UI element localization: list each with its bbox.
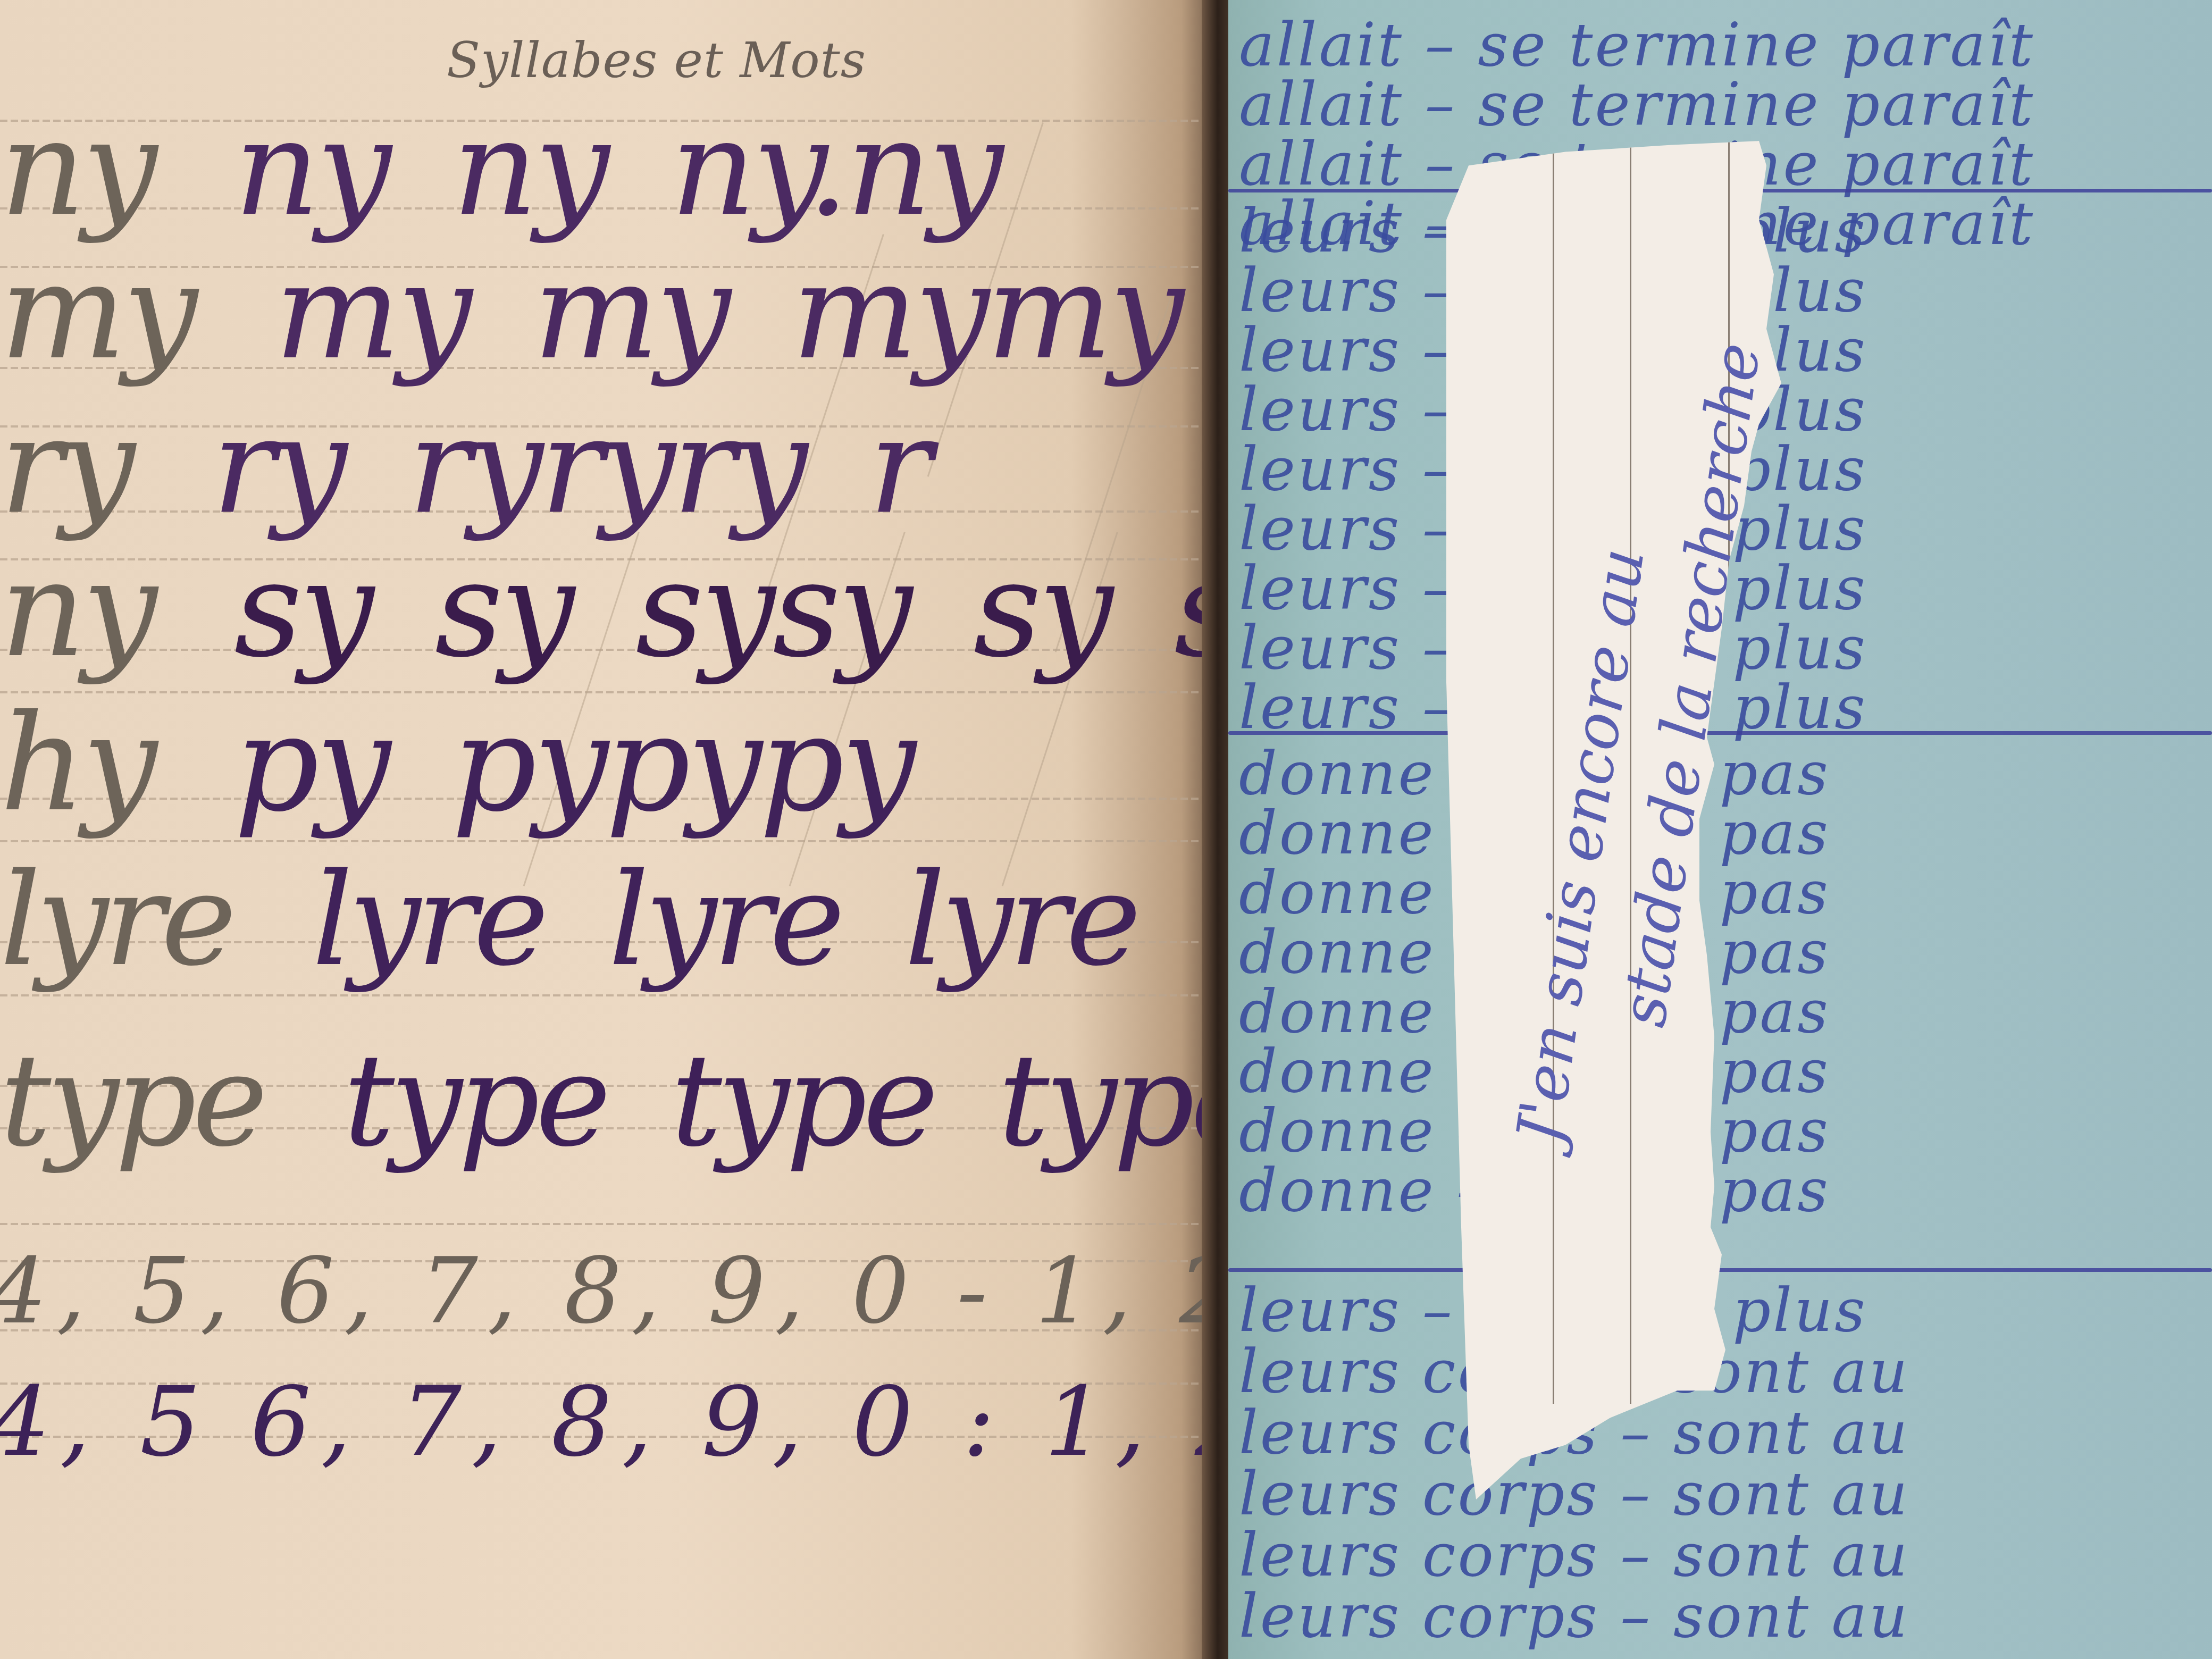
model-syllable: ny [0,532,154,686]
section-divider [1228,1268,2212,1272]
section-divider [1228,731,2212,735]
exercise-line: leurs corps – sont au [1239,1521,1909,1590]
model-syllable: ry [0,388,132,543]
exercise-line: allait – se termine paraît [1239,11,2035,80]
left-page: Syllabes et Mots nynynyny.ny mymymymymy … [0,0,1218,1659]
ruled-line [0,1223,1202,1225]
ruled-line [0,994,1202,996]
handwriting-row: typetypetypetype [0,1026,1212,1175]
model-word: lyre [0,845,232,994]
model-syllable: my [0,234,195,389]
note-rule [1630,138,1631,1404]
exercise-line: leurs corps – sont au [1239,1460,1909,1529]
model-syllable: ny [0,90,154,245]
handwriting-row: nynynyny.ny [0,90,1212,245]
handwriting-row: hypypypypy [0,686,1212,841]
exercise-line: leurs corps – sont au [1239,1582,1909,1651]
model-word: type [0,1026,264,1175]
handwriting-row: ryryryryryr [0,388,1212,543]
handwriting-row: nysysysysysysy [0,532,1212,686]
exercise-line: allait – se termine paraît [1239,70,2035,139]
model-syllable: hy [0,686,154,841]
handwriting-row: lyrelyrelyrelyre [0,845,1212,994]
handwriting-row: mymymymymy [0,234,1212,389]
page-heading: Syllabes et Mots [447,32,872,89]
